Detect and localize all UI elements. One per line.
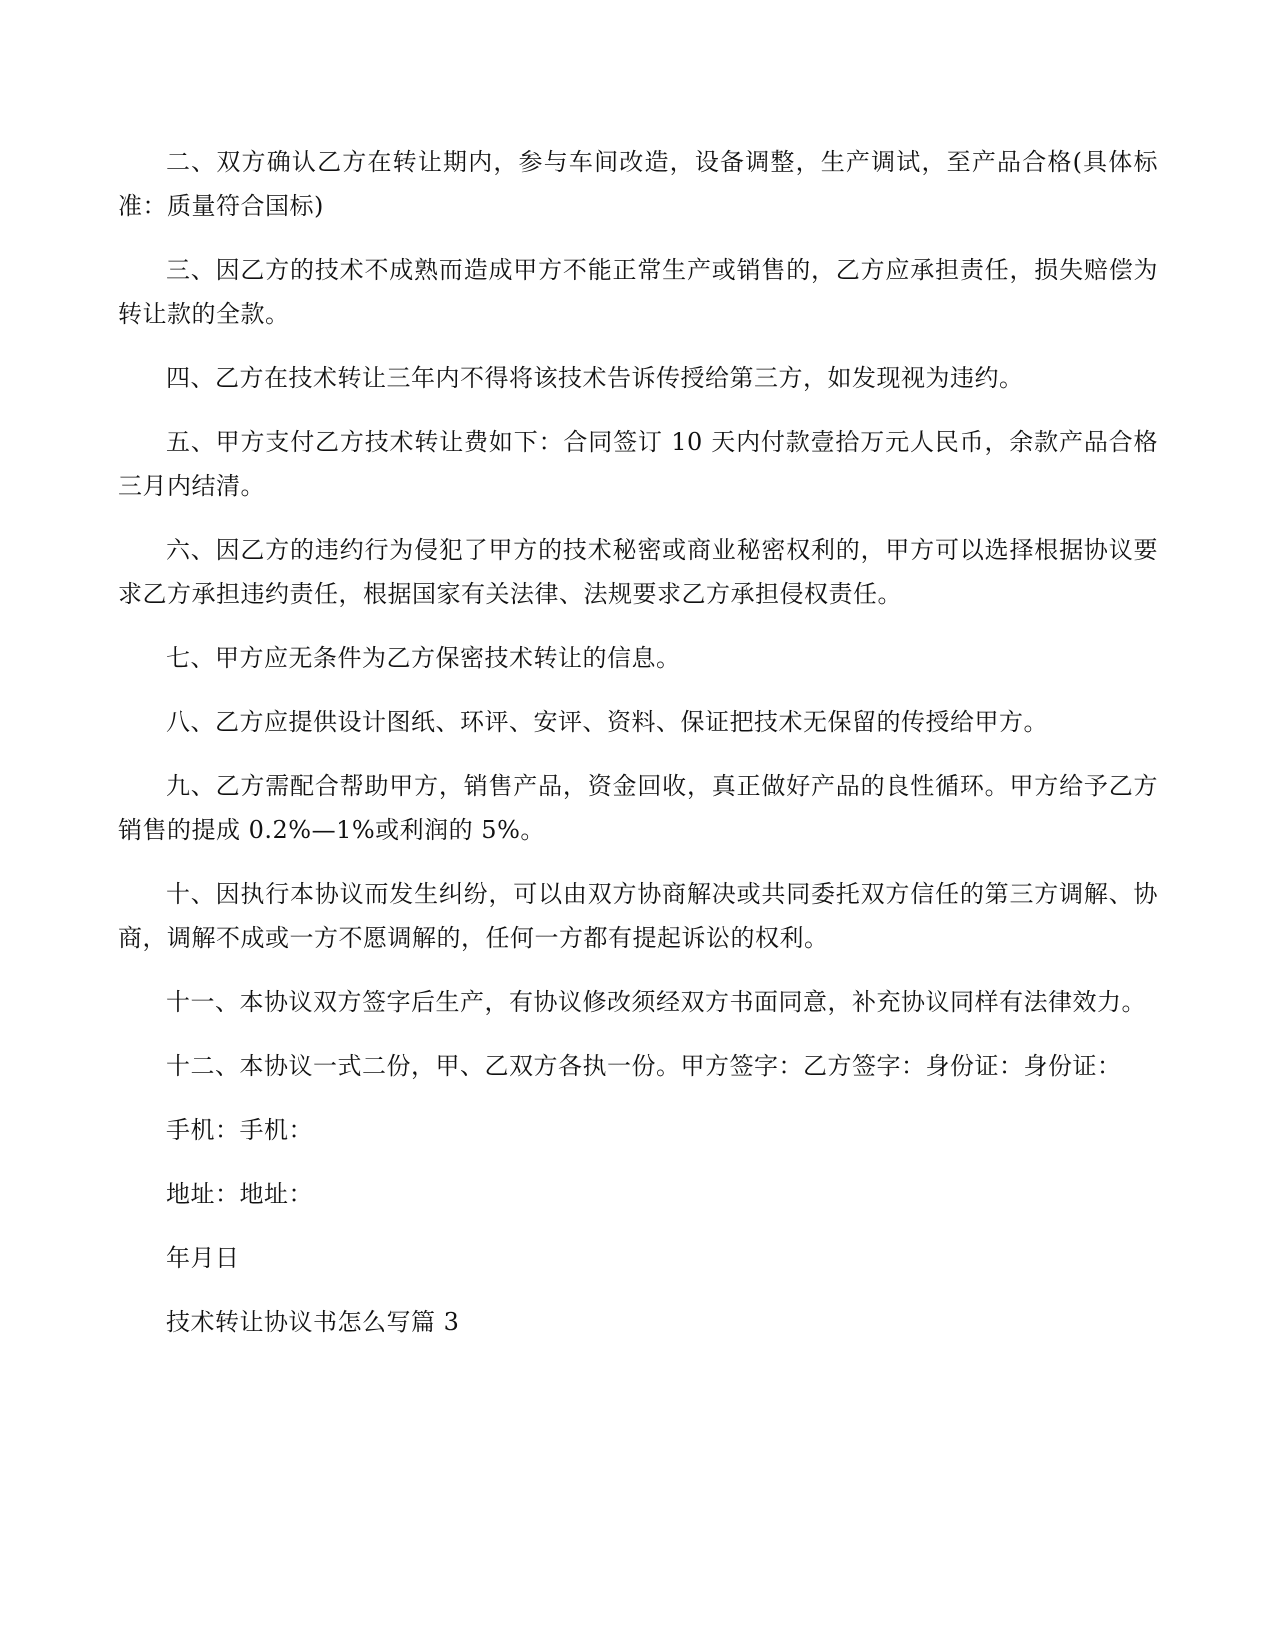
address-line: 地址：地址： xyxy=(118,1172,1158,1216)
clause-11: 十一、本协议双方签字后生产，有协议修改须经双方书面同意，补充协议同样有法律效力。 xyxy=(118,980,1158,1024)
clause-12-signatures: 十二、本协议一式二份，甲、乙双方各执一份。甲方签字：乙方签字：身份证：身份证： xyxy=(118,1044,1158,1088)
document-page: 二、双方确认乙方在转让期内，参与车间改造，设备调整，生产调试，至产品合格(具体标… xyxy=(118,140,1158,1364)
date-line: 年月日 xyxy=(118,1236,1158,1280)
clause-4: 四、乙方在技术转让三年内不得将该技术告诉传授给第三方，如发现视为违约。 xyxy=(118,356,1158,400)
clause-2: 二、双方确认乙方在转让期内，参与车间改造，设备调整，生产调试，至产品合格(具体标… xyxy=(118,140,1158,228)
clause-9: 九、乙方需配合帮助甲方，销售产品，资金回收，真正做好产品的良性循环。甲方给予乙方… xyxy=(118,764,1158,852)
clause-8: 八、乙方应提供设计图纸、环评、安评、资料、保证把技术无保留的传授给甲方。 xyxy=(118,700,1158,744)
section-heading: 技术转让协议书怎么写篇 3 xyxy=(118,1300,1158,1344)
clause-7: 七、甲方应无条件为乙方保密技术转让的信息。 xyxy=(118,636,1158,680)
clause-3: 三、因乙方的技术不成熟而造成甲方不能正常生产或销售的，乙方应承担责任，损失赔偿为… xyxy=(118,248,1158,336)
phone-line: 手机：手机： xyxy=(118,1108,1158,1152)
clause-6: 六、因乙方的违约行为侵犯了甲方的技术秘密或商业秘密权利的，甲方可以选择根据协议要… xyxy=(118,528,1158,616)
clause-5: 五、甲方支付乙方技术转让费如下：合同签订 10 天内付款壹拾万元人民币，余款产品… xyxy=(118,420,1158,508)
clause-10: 十、因执行本协议而发生纠纷，可以由双方协商解决或共同委托双方信任的第三方调解、协… xyxy=(118,872,1158,960)
